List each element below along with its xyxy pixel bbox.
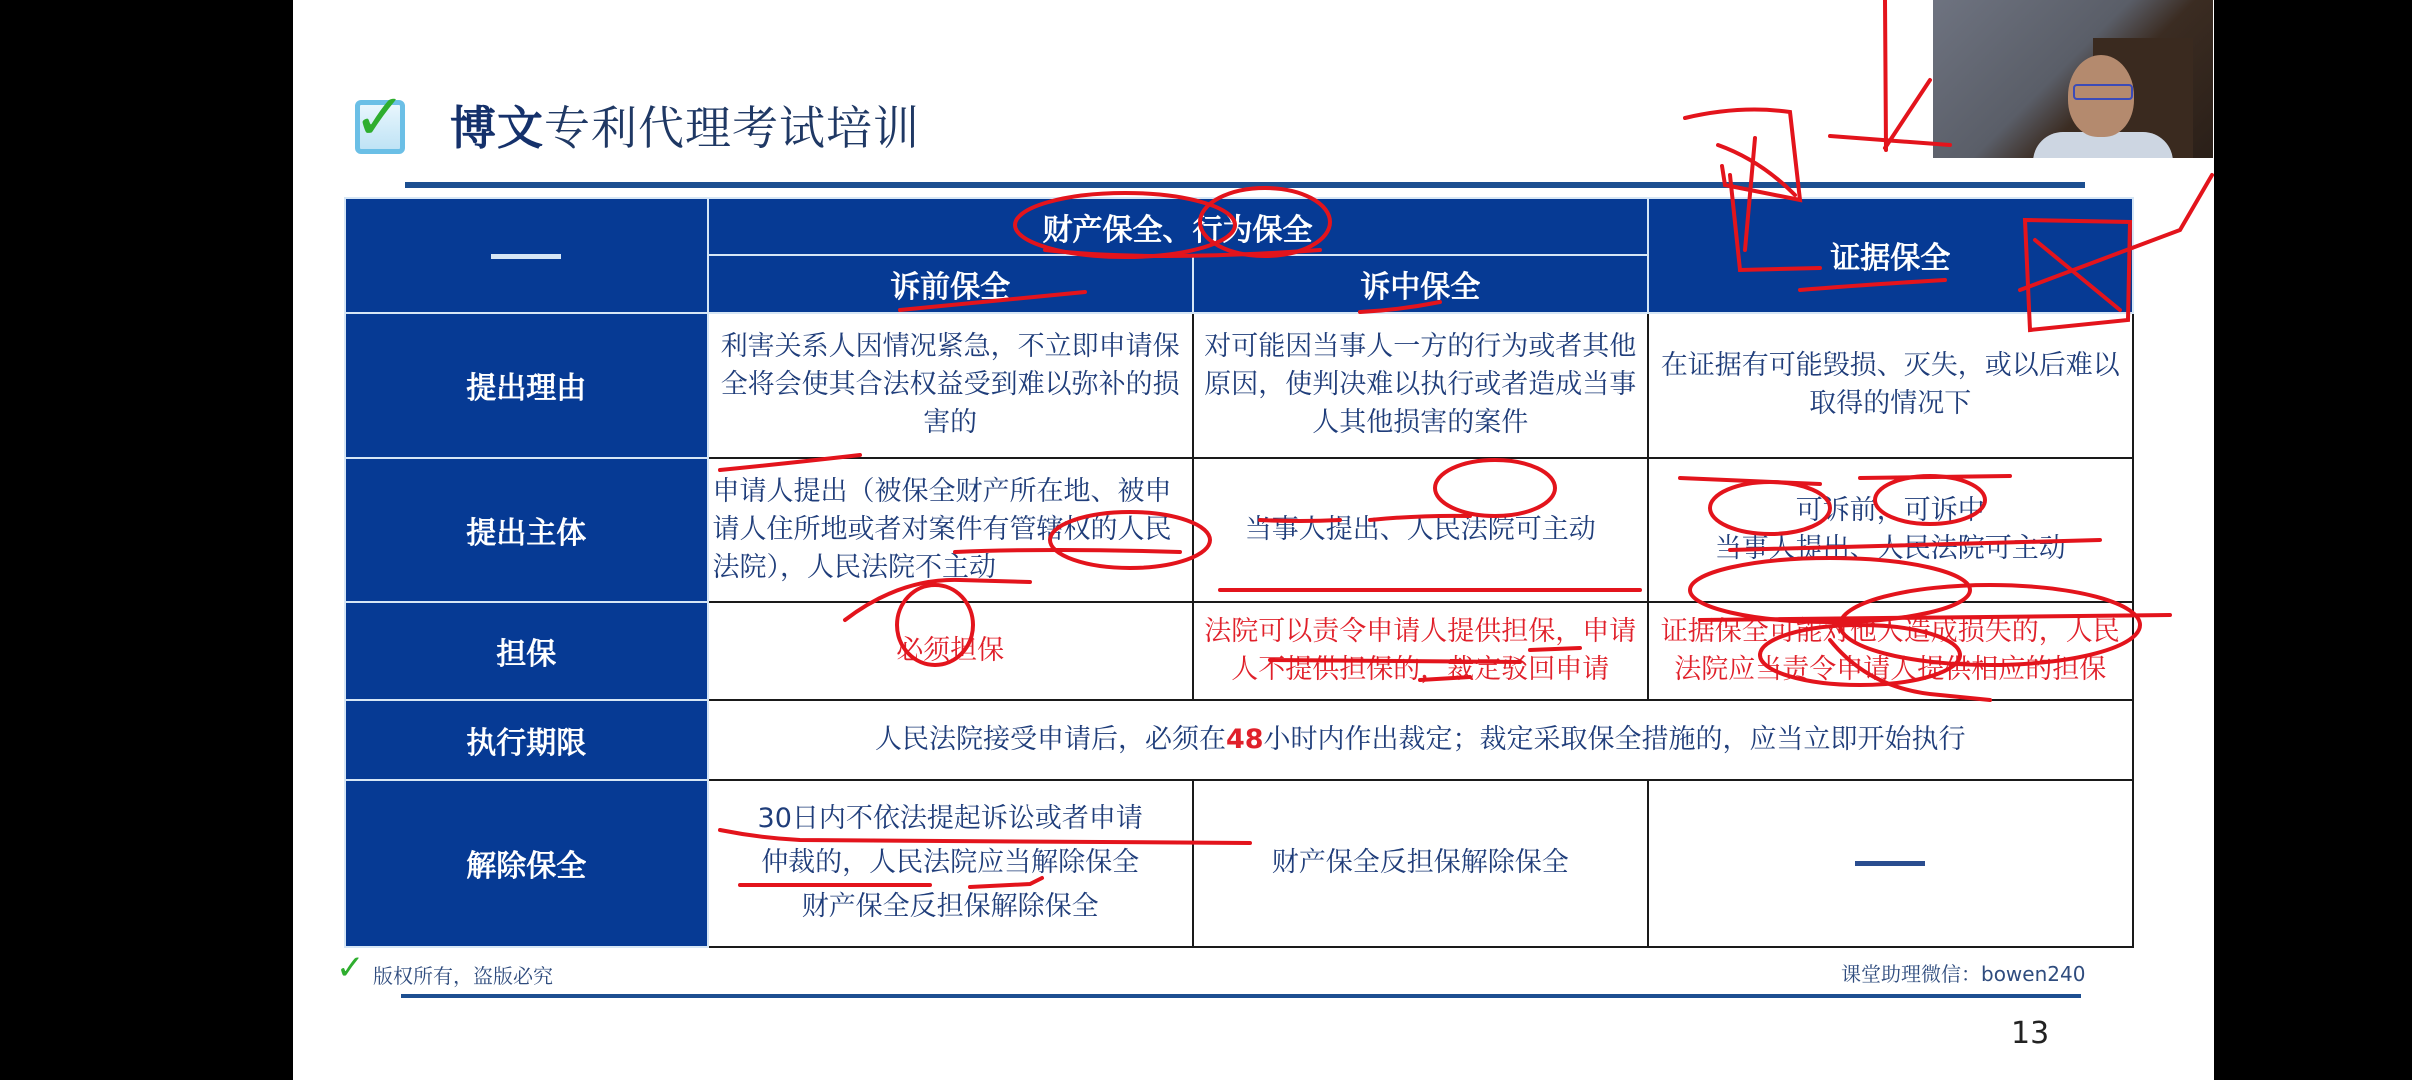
cell-subject-evidence: 可诉前，可诉中 当事人提出、人民法院可主动: [1648, 458, 2133, 603]
evidence-subject-line1: 可诉前，可诉中: [1653, 492, 2128, 530]
cell-release-evidence: [1648, 780, 2133, 947]
title-divider: [405, 182, 2085, 188]
cell-guarantee-pre: 必须担保: [708, 602, 1193, 699]
row-label-release: 解除保全: [345, 780, 708, 947]
presentation-slide: ✓ 博文专利代理考试培训 财产保全、行为保全 证据保全 诉前保全 诉中保全 提出…: [293, 0, 2214, 1080]
title-text: 专利代理考试培训: [544, 101, 920, 155]
cell-subject-pre: 申请人提出（被保全财产所在地、被申请人住所地或者对案件有管辖权的人民法院），人民…: [708, 458, 1193, 603]
footer-checkmark-icon: ✓: [336, 948, 365, 988]
copyright-notice: 版权所有，盗版必究: [373, 960, 553, 989]
presenter-glasses: [2073, 84, 2133, 100]
cell-guarantee-evidence: 证据保全可能对他人造成损失的，人民法院应当责令申请人提供相应的担保: [1648, 602, 2133, 699]
cell-reason-evidence: 在证据有可能毁损、灭失，或以后难以取得的情况下: [1648, 313, 2133, 458]
row-label-deadline: 执行期限: [345, 700, 708, 780]
cell-release-pre: 30日内不依法提起诉讼或者申请 仲裁的，人民法院应当解除保全 财产保全反担保解除…: [708, 780, 1193, 947]
group-header: 财产保全、行为保全: [708, 198, 1648, 255]
cell-release-during: 财产保全反担保解除保全: [1193, 780, 1648, 947]
slide-title: 博文专利代理考试培训: [450, 92, 920, 158]
pre-suit-header: 诉前保全: [708, 255, 1193, 312]
deadline-hours-highlight: 48: [1226, 724, 1264, 755]
cell-guarantee-during: 法院可以责令申请人提供担保，申请人不提供担保的，裁定驳回申请: [1193, 602, 1648, 699]
cell-subject-during: 当事人提出、人民法院可主动: [1193, 458, 1648, 603]
deadline-text-after: 小时内作出裁定；裁定采取保全措施的，应当立即开始执行: [1264, 724, 1966, 755]
page-number: 13: [2011, 1016, 2049, 1051]
dash-mark: [1855, 861, 1925, 866]
checkmark-logo-icon: ✓: [353, 86, 409, 156]
in-suit-header: 诉中保全: [1193, 255, 1648, 312]
row-label-reason: 提出理由: [345, 313, 708, 458]
row-label-guarantee: 担保: [345, 602, 708, 699]
cell-reason-pre: 利害关系人因情况紧急，不立即申请保全将会使其合法权益受到难以弥补的损害的: [708, 313, 1193, 458]
brand-name: 博文: [450, 101, 544, 155]
footer-divider: [401, 994, 2081, 998]
release-pre-line2: 仲裁的，人民法院应当解除保全: [713, 841, 1188, 885]
release-pre-line1: 30日内不依法提起诉讼或者申请: [713, 797, 1188, 841]
assistant-wechat: 课堂助理微信：bowen240: [1841, 958, 2085, 987]
presenter-webcam-video: [1933, 0, 2213, 158]
cell-reason-during: 对可能因当事人一方的行为或者其他原因，使判决难以执行或者造成当事人其他损害的案件: [1193, 313, 1648, 458]
evidence-header: 证据保全: [1648, 198, 2133, 313]
cell-deadline-merged: 人民法院接受申请后，必须在48小时内作出裁定；裁定采取保全措施的，应当立即开始执…: [708, 700, 2134, 780]
release-pre-line3: 财产保全反担保解除保全: [713, 885, 1188, 929]
dash-mark: [491, 254, 561, 259]
row-label-subject: 提出主体: [345, 458, 708, 603]
preservation-table: 财产保全、行为保全 证据保全 诉前保全 诉中保全 提出理由 利害关系人因情况紧急…: [344, 197, 2134, 948]
corner-cell: [345, 198, 708, 313]
deadline-text-before: 人民法院接受申请后，必须在: [875, 724, 1226, 755]
evidence-subject-line2: 当事人提出、人民法院可主动: [1653, 530, 2128, 568]
